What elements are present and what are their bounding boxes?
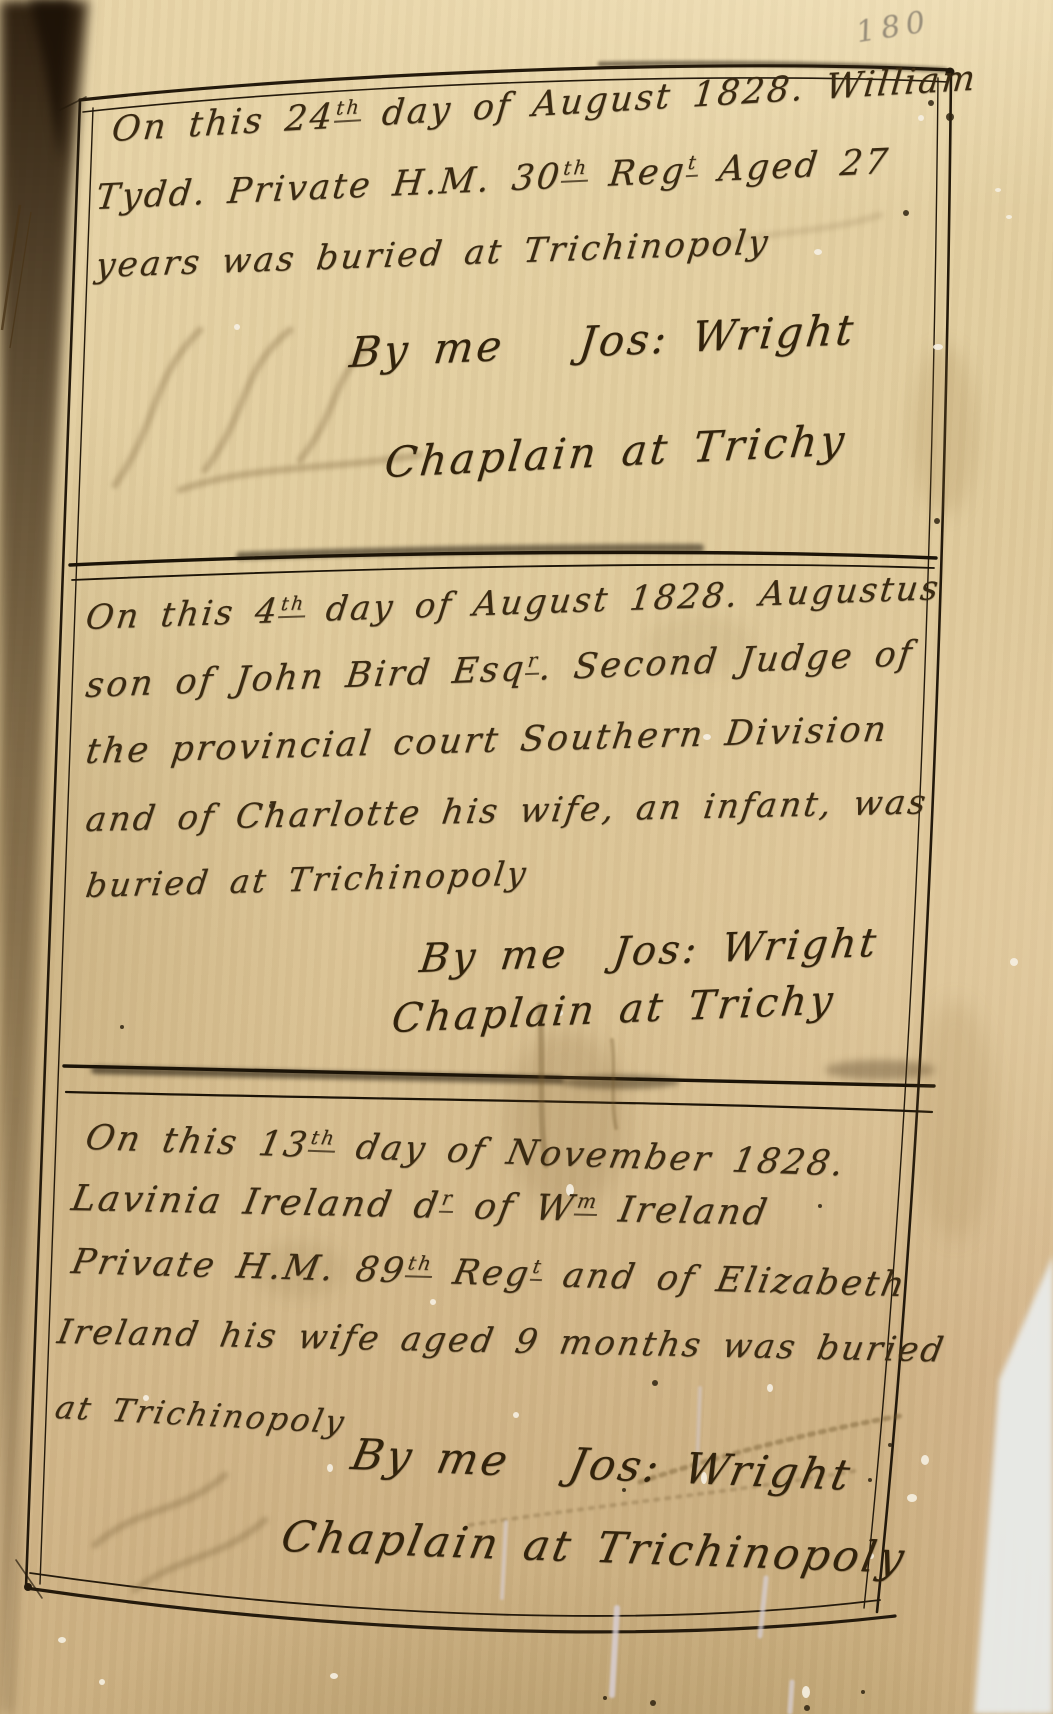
text-segment: By me (417, 931, 571, 982)
entry-separator-2 (64, 1060, 935, 1112)
text-segment: th (561, 156, 591, 183)
text-segment: On this 13 (82, 1118, 312, 1166)
text-segment: Ireland (595, 1189, 773, 1233)
burial-register-page: 180 On this 24th day of August 1828. Wil… (0, 0, 1053, 1714)
text-segment: of W (450, 1186, 579, 1229)
scan-background-wedge (974, 1255, 1053, 1714)
text-segment: By me (347, 1430, 515, 1486)
text-segment: th (278, 593, 307, 618)
text-segment: By me (347, 321, 507, 377)
text-segment: Reg (586, 151, 688, 196)
text-segment: th (334, 95, 364, 123)
text-segment: Reg (429, 1252, 534, 1295)
text-segment: Lavinia Ireland d (68, 1178, 443, 1227)
text-segment: On this 4 (84, 591, 282, 638)
text-segment: Jos: Wright (610, 920, 881, 975)
